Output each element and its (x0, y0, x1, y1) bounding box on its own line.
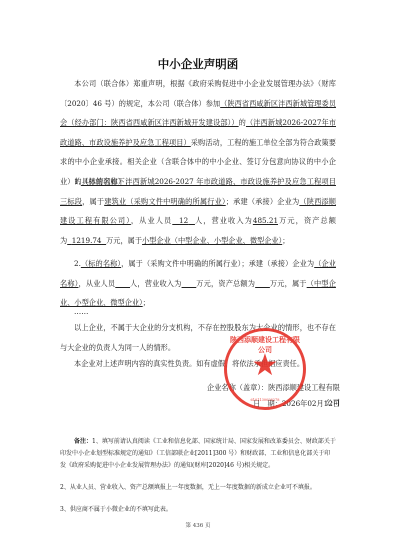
note-2: 2、从业人员、营业收入、资产总额填报上一年度数据，无上一年度数据的新成立企业可不… (60, 482, 336, 494)
page-number: 第 436 页 (0, 521, 396, 529)
enterprise-type: 小型企业（中型企业、小型企业、微型企业） (142, 236, 282, 245)
seal-code: 6101130028278 (227, 398, 303, 402)
assets-value: 1219.74 (67, 236, 106, 245)
page-title: 中小企业声明函 (0, 56, 396, 72)
star-icon: ★ (227, 351, 303, 381)
note-3: 3、供应商不属于小微企业的不填写此表。 (60, 504, 336, 516)
company-seal: 陕西添顺建设工程有限公司 ★ 6101130028278 (224, 328, 306, 410)
document-page: 中小企业声明函 本公司（联合体）郑重声明，根据《政府采购促进中小企业发展管理办法… (0, 0, 396, 559)
enterprise-item-1: 1.（标的名称）沣西新城2026-2027 年市政道路、市政设施养护及应急工程项… (60, 172, 336, 250)
employees-value: 12 (172, 216, 195, 225)
revenue-value: 485.21 (253, 216, 278, 225)
note-1: 备注：1、填写前请认真阅读《工业和信息化部、国家统计局、国家发展和改革委员会、财… (60, 436, 336, 472)
industry: 建筑业（采购文件中明确的所属行业） (104, 197, 226, 206)
